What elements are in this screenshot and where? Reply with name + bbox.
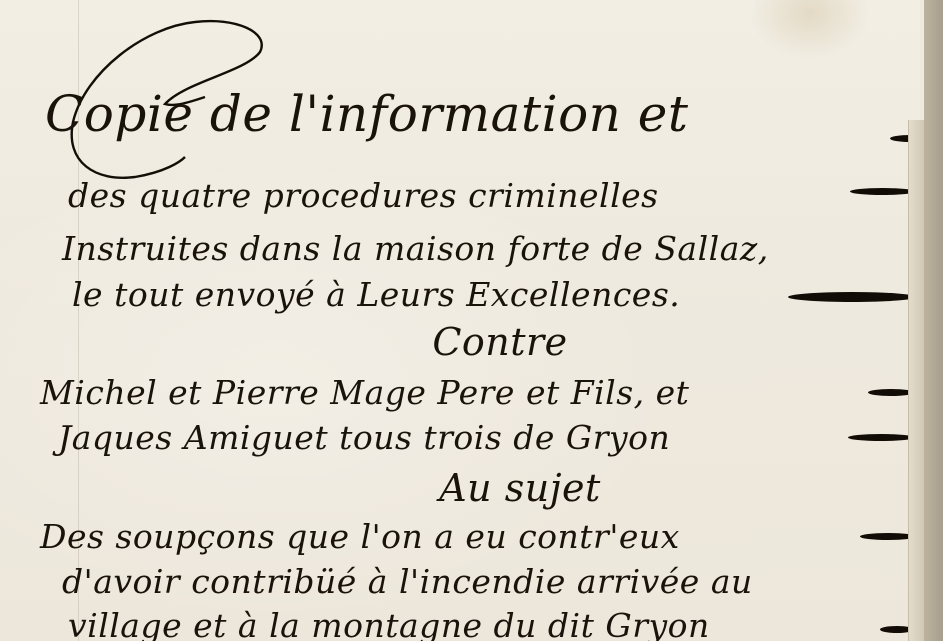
line-filler-flourish [788, 292, 916, 302]
text-line: le tout envoyé à Leurs Excellences. [72, 275, 680, 314]
binding-shadow [924, 0, 943, 641]
text-line: Michel et Pierre Mage Pere et Fils, et [40, 373, 689, 412]
torn-page-edge [908, 120, 925, 641]
heading-au-sujet: Au sujet [0, 466, 943, 510]
text-line: d'avoir contribüé à l'incendie arrivée a… [62, 562, 753, 601]
manuscript-page: Copie de l'information et des quatre pro… [0, 0, 920, 641]
text-line: des quatre procedures criminelles [68, 176, 659, 215]
text-line: Jaques Amiguet tous trois de Gryon [58, 418, 670, 457]
text-line: village et à la montagne du dit Gryon [68, 606, 710, 641]
line-filler-flourish [850, 188, 915, 195]
title-line: Copie de l'information et [45, 85, 688, 143]
text-line: Des soupçons que l'on a eu contr'eux [40, 517, 680, 556]
text-line: Instruites dans la maison forte de Salla… [62, 229, 769, 268]
line-filler-flourish [848, 434, 914, 441]
heading-contre: Contre [0, 320, 943, 364]
